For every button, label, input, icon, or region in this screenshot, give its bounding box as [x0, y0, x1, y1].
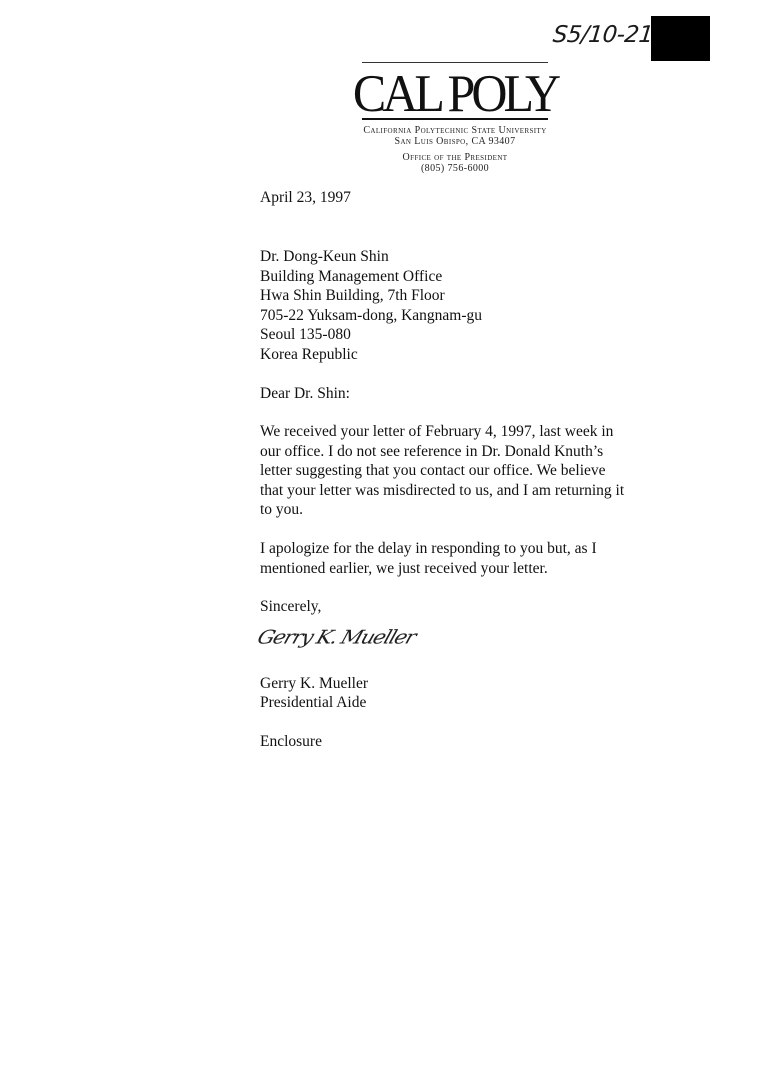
body-paragraph: We received your letter of February 4, 1…: [260, 422, 640, 520]
redaction-box: [651, 16, 710, 61]
enclosure-note: Enclosure: [260, 732, 322, 752]
institution-name: California Polytechnic State University: [340, 125, 570, 136]
recipient-line: Seoul 135-080: [260, 325, 482, 345]
letter-date: April 23, 1997: [260, 188, 351, 208]
handwritten-file-note: S5/10-21L: [552, 22, 667, 48]
paragraph-line: that your letter was misdirected to us, …: [260, 481, 640, 501]
signer-name: Gerry K. Mueller: [260, 674, 368, 694]
salutation: Dear Dr. Shin:: [260, 384, 350, 404]
closing: Sincerely,: [260, 597, 321, 617]
recipient-line: Building Management Office: [260, 267, 482, 287]
handwritten-signature: Gerry K. Mueller: [255, 629, 417, 647]
paragraph-line: to you.: [260, 500, 640, 520]
recipient-line: Korea Republic: [260, 345, 482, 365]
signer-title: Presidential Aide: [260, 693, 366, 713]
recipient-line: 705-22 Yuksam-dong, Kangnam-gu: [260, 306, 482, 326]
letter-page: S5/10-21L CAL POLY California Polytechni…: [0, 0, 760, 1089]
recipient-line: Dr. Dong-Keun Shin: [260, 247, 482, 267]
recipient-address: Dr. Dong-Keun Shin Building Management O…: [260, 247, 482, 364]
recipient-line: Hwa Shin Building, 7th Floor: [260, 286, 482, 306]
cal-poly-logo: CAL POLY: [340, 67, 570, 120]
office-phone: (805) 756-6000: [340, 163, 570, 174]
paragraph-line: mentioned earlier, we just received your…: [260, 559, 640, 579]
institution-address: San Luis Obispo, CA 93407: [340, 136, 570, 147]
paragraph-line: We received your letter of February 4, 1…: [260, 422, 640, 442]
paragraph-line: letter suggesting that you contact our o…: [260, 461, 640, 481]
paragraph-line: our office. I do not see reference in Dr…: [260, 442, 640, 462]
letterhead-bottom-rule: [362, 118, 548, 120]
paragraph-line: I apologize for the delay in responding …: [260, 539, 640, 559]
office-name: Office of the President: [340, 152, 570, 163]
body-paragraph: I apologize for the delay in responding …: [260, 539, 640, 578]
